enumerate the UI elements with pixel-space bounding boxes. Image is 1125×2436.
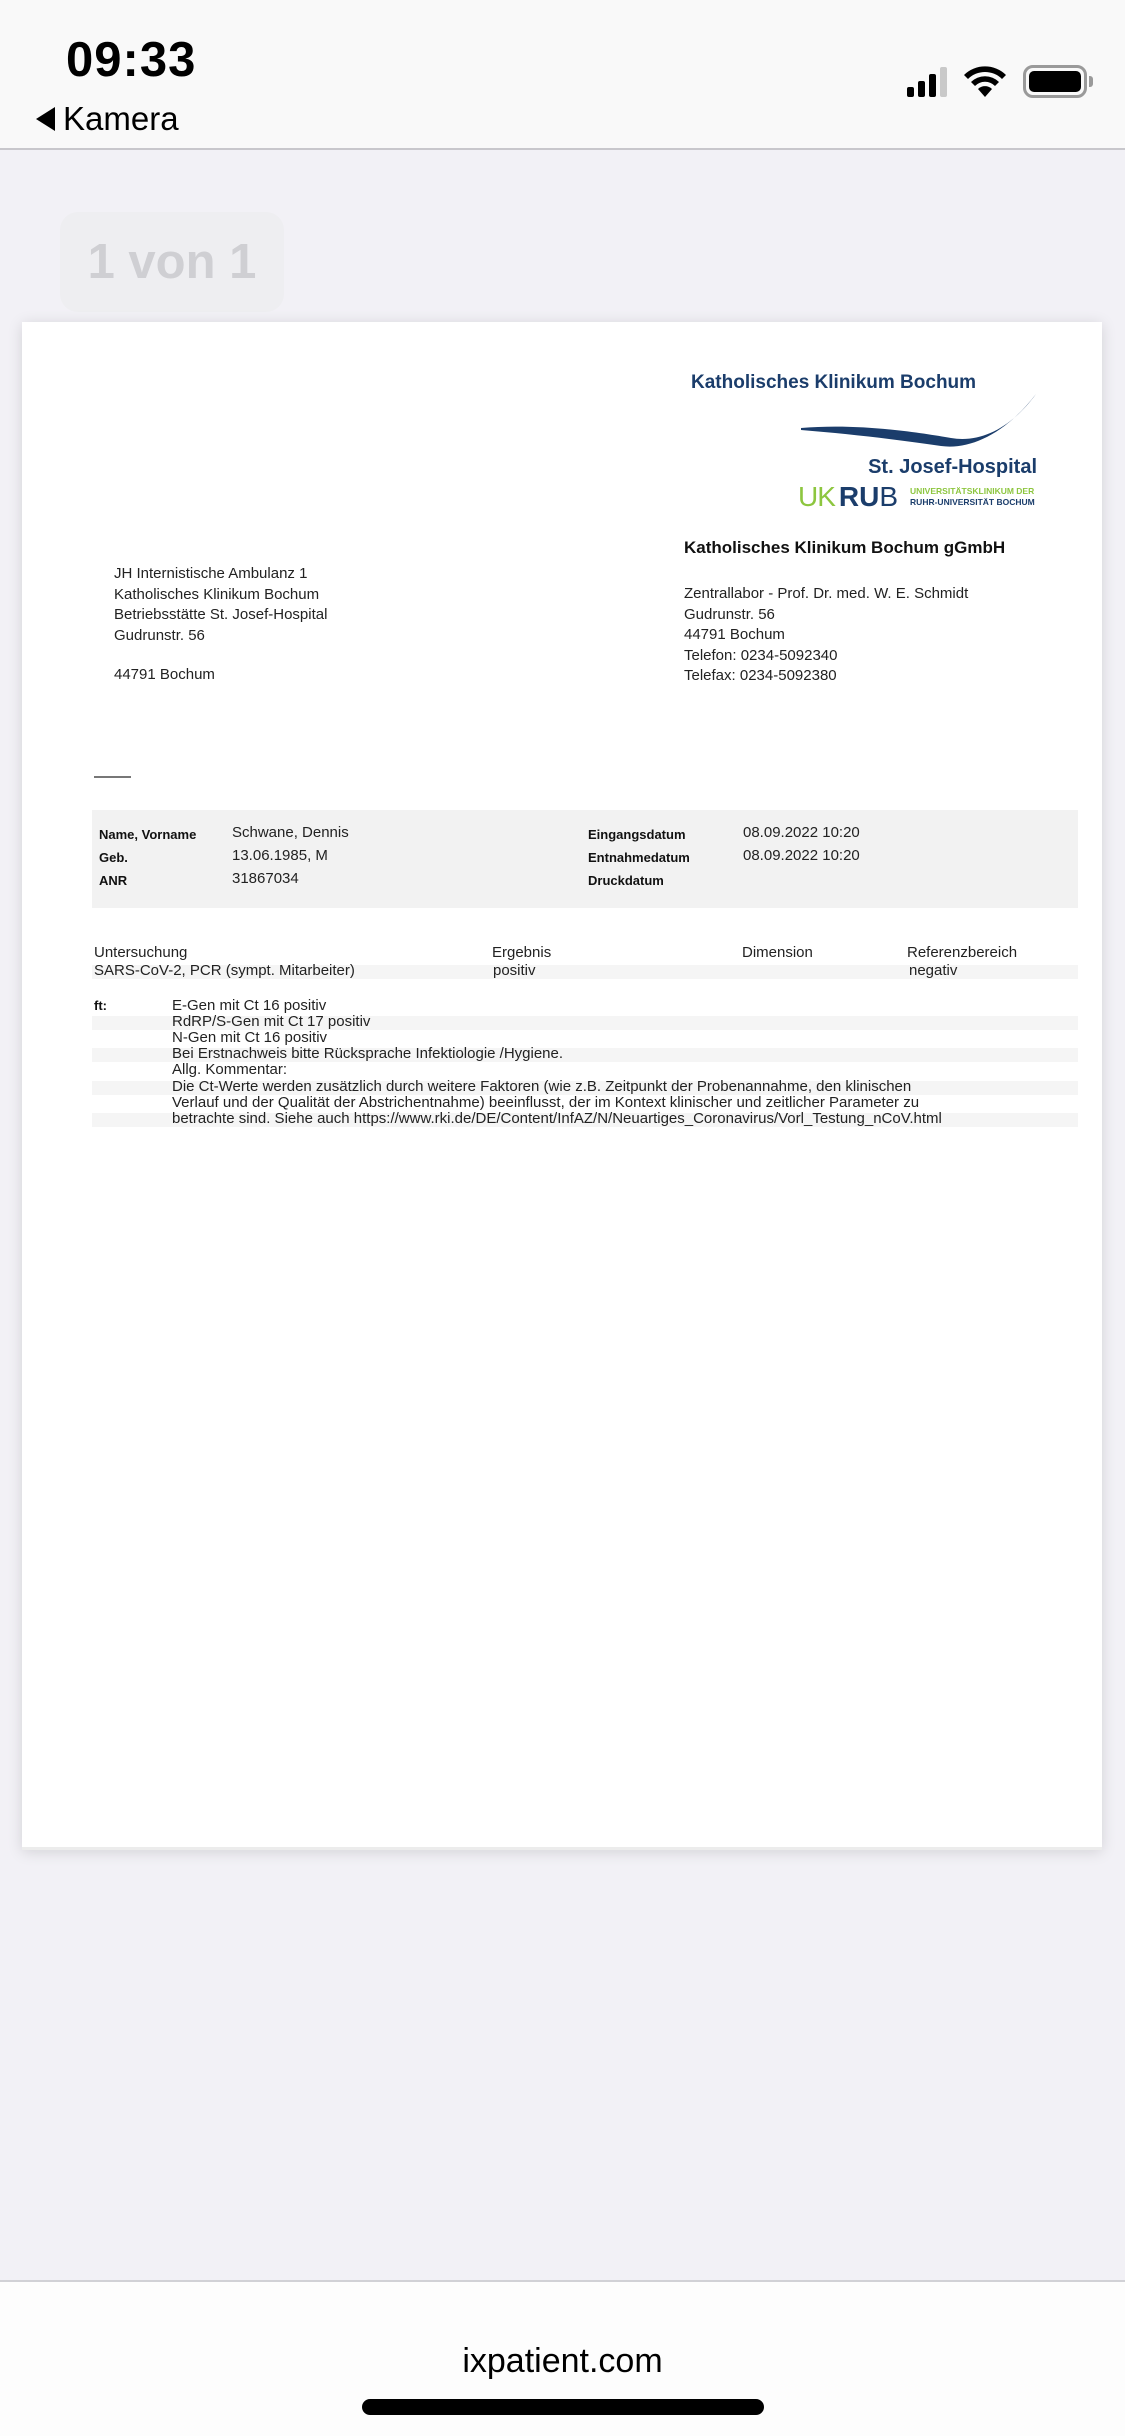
finding-line: Die Ct-Werte werden zusätzlich durch wei… <box>172 1079 911 1095</box>
col-header-dimension: Dimension <box>742 944 813 961</box>
result-reference: negativ <box>909 962 957 979</box>
recipient-line: Gudrunstr. 56 <box>114 626 327 647</box>
result-test-name: SARS-CoV-2, PCR (sympt. Mitarbeiter) <box>94 962 355 979</box>
battery-icon <box>1023 65 1093 98</box>
finding-line: Verlauf und der Qualität der Abstrichent… <box>172 1095 919 1111</box>
domain-label[interactable]: ixpatient.com <box>0 2342 1125 2381</box>
back-triangle-icon <box>36 107 55 131</box>
ukrub-uk: UK <box>798 481 835 513</box>
lab-address-line: Gudrunstr. 56 <box>684 605 968 626</box>
recipient-line: Betriebsstätte St. Josef-Hospital <box>114 605 327 626</box>
druckdatum-label: Druckdatum <box>588 873 664 888</box>
page-indicator: 1 von 1 <box>60 212 284 312</box>
klinikum-logo: Katholisches Klinikum Bochum <box>691 372 1071 444</box>
col-header-reference: Referenzbereich <box>907 944 1017 961</box>
document-page[interactable]: Katholisches Klinikum Bochum St. Josef-H… <box>22 322 1102 1850</box>
status-and-nav-bar: 09:33 Kamera <box>0 0 1125 150</box>
finding-line: N-Gen mit Ct 16 positiv <box>172 1030 327 1046</box>
swoosh-icon <box>801 388 1041 448</box>
patient-info-box: Name, Vorname Schwane, Dennis Geb. 13.06… <box>92 810 1078 908</box>
anr-value: 31867034 <box>232 870 299 887</box>
finding-line: E-Gen mit Ct 16 positiv <box>172 998 326 1014</box>
recipient-line: JH Internistische Ambulanz 1 <box>114 564 327 585</box>
back-label: Kamera <box>63 100 179 138</box>
finding-line: RdRP/S-Gen mit Ct 17 positiv <box>172 1014 370 1030</box>
lab-fax: Telefax: 0234-5092380 <box>684 666 968 687</box>
col-header-result: Ergebnis <box>492 944 551 961</box>
entnahmedatum-value: 08.09.2022 10:20 <box>743 847 860 864</box>
ukrub-line2: RUHR-UNIVERSITÄT BOCHUM <box>910 497 1035 508</box>
back-button[interactable]: Kamera <box>36 100 179 138</box>
patient-name: Schwane, Dennis <box>232 824 349 841</box>
finding-line: Bei Erstnachweis bitte Rücksprache Infek… <box>172 1046 563 1062</box>
ukrub-subtitle: UNIVERSITÄTSKLINIKUM DER RUHR-UNIVERSITÄ… <box>910 486 1035 508</box>
lab-address-line: 44791 Bochum <box>684 625 968 646</box>
lab-phone: Telefon: 0234-5092340 <box>684 646 968 667</box>
patient-dob: 13.06.1985, M <box>232 847 328 864</box>
recipient-city: 44791 Bochum <box>114 666 215 683</box>
eingangsdatum-value: 08.09.2022 10:20 <box>743 824 860 841</box>
ukrub-line1: UNIVERSITÄTSKLINIKUM DER <box>910 486 1035 497</box>
lab-address-line: Zentrallabor - Prof. Dr. med. W. E. Schm… <box>684 584 968 605</box>
ukrub-logo: UK RU B UNIVERSITÄTSKLINIKUM DER RUHR-UN… <box>798 482 1035 512</box>
ukrub-b: B <box>879 481 898 513</box>
ukrub-ru: RU <box>839 481 879 513</box>
lab-address: Zentrallabor - Prof. Dr. med. W. E. Schm… <box>684 584 968 687</box>
home-indicator[interactable] <box>362 2399 764 2415</box>
hospital-logo-text: St. Josef-Hospital <box>868 456 1037 479</box>
entnahmedatum-label: Entnahmedatum <box>588 850 690 865</box>
finding-line: Allg. Kommentar: <box>172 1062 287 1078</box>
wifi-icon <box>963 64 1007 98</box>
finding-line: betrachte sind. Siehe auch https://www.r… <box>172 1111 942 1127</box>
status-time: 09:33 <box>66 32 196 88</box>
findings-label: ft: <box>94 998 107 1013</box>
recipient-address: JH Internistische Ambulanz 1 Katholische… <box>114 564 327 646</box>
patient-dob-label: Geb. <box>99 850 128 865</box>
eingangsdatum-label: Eingangsdatum <box>588 827 686 842</box>
status-icons <box>907 64 1093 98</box>
anr-label: ANR <box>99 873 127 888</box>
lab-title: Katholisches Klinikum Bochum gGmbH <box>684 538 1005 558</box>
bottom-url-bar: ixpatient.com <box>0 2280 1125 2436</box>
result-value: positiv <box>493 962 536 979</box>
col-header-test: Untersuchung <box>94 944 187 961</box>
cellular-signal-icon <box>907 65 947 97</box>
fold-mark <box>94 776 131 778</box>
patient-name-label: Name, Vorname <box>99 827 196 842</box>
recipient-line: Katholisches Klinikum Bochum <box>114 585 327 606</box>
